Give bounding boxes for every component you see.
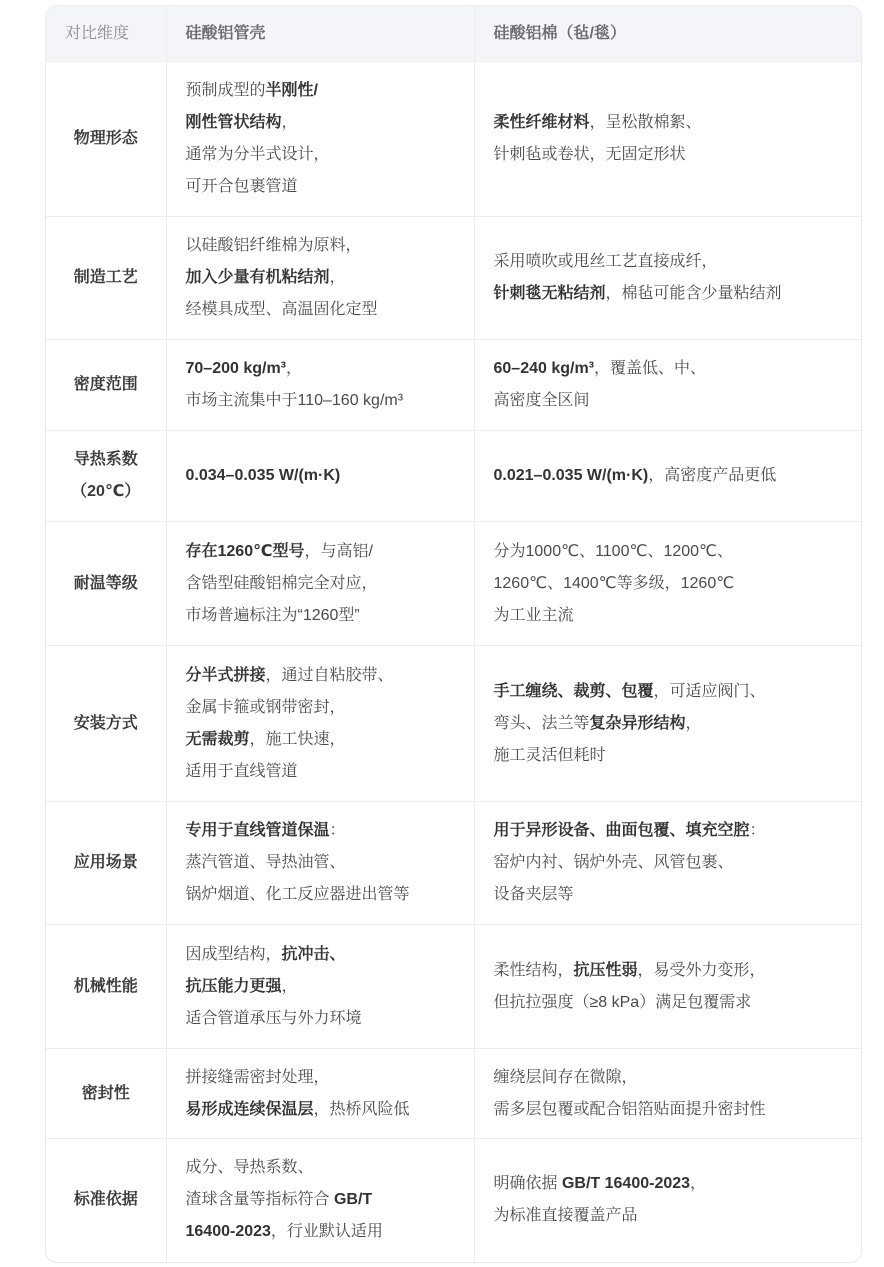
cell-line: 专用于直线管道保温： bbox=[186, 815, 455, 847]
cell-line: 通常为分半式设计， bbox=[186, 139, 455, 171]
bold-text: 针刺毯无粘结剂 bbox=[494, 285, 606, 302]
cell-line: 锅炉烟道、化工反应器进出管等 bbox=[186, 879, 455, 911]
text: ： bbox=[750, 822, 766, 839]
cell-line: 针刺毡或卷状，无固定形状 bbox=[494, 139, 843, 171]
text: ， bbox=[282, 978, 298, 995]
cell-wool: 采用喷吹或甩丝工艺直接成纤，针刺毯无粘结剂，棉毡可能含少量粘结剂 bbox=[474, 217, 861, 340]
bold-text: 60–240 kg/m³ bbox=[494, 360, 595, 377]
cell-wool: 用于异形设备、曲面包覆、填充空腔：窑炉内衬、锅炉外壳、风管包裹、设备夹层等 bbox=[474, 802, 861, 925]
comparison-table: 对比维度 硅酸铝管壳 硅酸铝棉（毡/毯） 物理形态预制成型的半刚性/刚性管状结构… bbox=[46, 6, 861, 1262]
bold-text: 存在1260℃型号 bbox=[186, 543, 305, 560]
cell-line: 可开合包裹管道 bbox=[186, 171, 455, 203]
text: ， bbox=[286, 360, 302, 377]
cell-line: 渣球含量等指标符合 GB/T bbox=[186, 1184, 455, 1216]
bold-text: 70–200 kg/m³ bbox=[186, 360, 287, 377]
cell-shell: 预制成型的半刚性/刚性管状结构，通常为分半式设计，可开合包裹管道 bbox=[166, 62, 474, 217]
bold-text: GB/T bbox=[334, 1191, 372, 1208]
text: 可开合包裹管道 bbox=[186, 178, 298, 195]
cell-line: 市场主流集中于110–160 kg/m³ bbox=[186, 385, 455, 417]
row-dimension-label: 密封性 bbox=[46, 1049, 166, 1139]
text: 含锆型硅酸铝棉完全对应， bbox=[186, 575, 378, 592]
text: 设备夹层等 bbox=[494, 886, 574, 903]
text: 针刺毡或卷状，无固定形状 bbox=[494, 146, 686, 163]
cell-shell: 成分、导热系数、渣球含量等指标符合 GB/T16400-2023，行业默认适用 bbox=[166, 1139, 474, 1262]
text: 经模具成型、高温固化定型 bbox=[186, 301, 378, 318]
cell-line: 窑炉内衬、锅炉外壳、风管包裹、 bbox=[494, 847, 843, 879]
text: ，与高铝/ bbox=[304, 543, 372, 560]
text: 预制成型的 bbox=[186, 82, 266, 99]
text: 适用于直线管道 bbox=[186, 763, 298, 780]
table-row: 导热系数（20℃）0.034–0.035 W/(m·K)0.021–0.035 … bbox=[46, 431, 861, 522]
row-dimension-label: 应用场景 bbox=[46, 802, 166, 925]
row-dimension-label: 耐温等级 bbox=[46, 522, 166, 646]
cell-line: 含锆型硅酸铝棉完全对应， bbox=[186, 568, 455, 600]
cell-line: 16400-2023，行业默认适用 bbox=[186, 1216, 455, 1248]
cell-line: 预制成型的半刚性/ bbox=[186, 75, 455, 107]
cell-line: 成分、导热系数、 bbox=[186, 1152, 455, 1184]
cell-line: 为工业主流 bbox=[494, 600, 843, 632]
cell-line: 手工缠绕、裁剪、包覆，可适应阀门、 bbox=[494, 676, 843, 708]
cell-line: 缠绕层间存在微隙， bbox=[494, 1062, 843, 1094]
row-dimension-label: 机械性能 bbox=[46, 925, 166, 1049]
text: 采用喷吹或甩丝工艺直接成纤， bbox=[494, 253, 718, 270]
text: ， bbox=[330, 269, 346, 286]
text: ： bbox=[330, 822, 346, 839]
cell-line: 蒸汽管道、导热油管、 bbox=[186, 847, 455, 879]
cell-line: 存在1260℃型号，与高铝/ bbox=[186, 536, 455, 568]
text: 弯头、法兰等 bbox=[494, 715, 590, 732]
cell-line: 0.034–0.035 W/(m·K) bbox=[186, 460, 455, 492]
cell-shell: 70–200 kg/m³，市场主流集中于110–160 kg/m³ bbox=[166, 340, 474, 431]
text: 蒸汽管道、导热油管、 bbox=[186, 854, 346, 871]
text: 为工业主流 bbox=[494, 607, 574, 624]
text: 缠绕层间存在微隙， bbox=[494, 1069, 638, 1086]
cell-line: 设备夹层等 bbox=[494, 879, 843, 911]
text: 成分、导热系数、 bbox=[186, 1159, 314, 1176]
cell-line: 60–240 kg/m³，覆盖低、中、 bbox=[494, 353, 843, 385]
cell-wool: 分为1000℃、1100℃、1200℃、1260℃、1400℃等多级，1260℃… bbox=[474, 522, 861, 646]
text: ，行业默认适用 bbox=[271, 1223, 383, 1240]
text: 因成型结构， bbox=[186, 946, 282, 963]
table-row: 密度范围70–200 kg/m³，市场主流集中于110–160 kg/m³60–… bbox=[46, 340, 861, 431]
text: ，棉毡可能含少量粘结剂 bbox=[606, 285, 782, 302]
table-row: 应用场景专用于直线管道保温：蒸汽管道、导热油管、锅炉烟道、化工反应器进出管等用于… bbox=[46, 802, 861, 925]
cell-line: 采用喷吹或甩丝工艺直接成纤， bbox=[494, 246, 843, 278]
cell-shell: 拼接缝需密封处理，易形成连续保温层，热桥风险低 bbox=[166, 1049, 474, 1139]
cell-line: 刚性管状结构， bbox=[186, 107, 455, 139]
bold-text: GB/T 16400-2023 bbox=[562, 1175, 690, 1192]
row-dimension-label: 标准依据 bbox=[46, 1139, 166, 1262]
text: 市场普遍标注为“1260型” bbox=[186, 607, 360, 624]
table-header-row: 对比维度 硅酸铝管壳 硅酸铝棉（毡/毯） bbox=[46, 6, 861, 62]
text: 分为1000℃、1100℃、1200℃、 bbox=[494, 543, 734, 560]
comparison-table-container: 对比维度 硅酸铝管壳 硅酸铝棉（毡/毯） 物理形态预制成型的半刚性/刚性管状结构… bbox=[45, 5, 862, 1263]
cell-line: 无需裁剪，施工快速， bbox=[186, 724, 455, 756]
text: ， bbox=[282, 114, 298, 131]
table-row: 机械性能因成型结构，抗冲击、抗压能力更强，适合管道承压与外力环境柔性结构，抗压性… bbox=[46, 925, 861, 1049]
text: 通常为分半式设计， bbox=[186, 146, 330, 163]
cell-line: 拼接缝需密封处理， bbox=[186, 1062, 455, 1094]
bold-text: 柔性纤维材料 bbox=[494, 114, 590, 131]
cell-line: 需多层包覆或配合铝箔贴面提升密封性 bbox=[494, 1094, 843, 1126]
cell-line: 以硅酸铝纤维棉为原料， bbox=[186, 230, 455, 262]
row-dimension-label: 导热系数（20℃） bbox=[46, 431, 166, 522]
text: ， bbox=[686, 715, 702, 732]
bold-text: 0.034–0.035 W/(m·K) bbox=[186, 467, 341, 484]
cell-shell: 0.034–0.035 W/(m·K) bbox=[166, 431, 474, 522]
text: 锅炉烟道、化工反应器进出管等 bbox=[186, 886, 410, 903]
cell-line: 为标准直接覆盖产品 bbox=[494, 1200, 843, 1232]
cell-wool: 60–240 kg/m³，覆盖低、中、高密度全区间 bbox=[474, 340, 861, 431]
text: 渣球含量等指标符合 bbox=[186, 1191, 334, 1208]
table-row: 安装方式分半式拼接，通过自粘胶带、金属卡箍或钢带密封，无需裁剪，施工快速，适用于… bbox=[46, 646, 861, 802]
text: 需多层包覆或配合铝箔贴面提升密封性 bbox=[494, 1101, 766, 1118]
bold-text: 手工缠绕、裁剪、包覆 bbox=[494, 683, 654, 700]
cell-shell: 存在1260℃型号，与高铝/含锆型硅酸铝棉完全对应，市场普遍标注为“1260型” bbox=[166, 522, 474, 646]
cell-line: 市场普遍标注为“1260型” bbox=[186, 600, 455, 632]
cell-line: 1260℃、1400℃等多级，1260℃ bbox=[494, 568, 843, 600]
bold-text: 加入少量有机粘结剂 bbox=[186, 269, 330, 286]
cell-line: 分为1000℃、1100℃、1200℃、 bbox=[494, 536, 843, 568]
text: 柔性结构， bbox=[494, 962, 574, 979]
bold-text: 抗冲击、 bbox=[282, 946, 346, 963]
cell-line: 针刺毯无粘结剂，棉毡可能含少量粘结剂 bbox=[494, 278, 843, 310]
text: 为标准直接覆盖产品 bbox=[494, 1207, 638, 1224]
cell-line: 0.021–0.035 W/(m·K)，高密度产品更低 bbox=[494, 460, 843, 492]
cell-line: 高密度全区间 bbox=[494, 385, 843, 417]
text: ，覆盖低、中、 bbox=[594, 360, 706, 377]
cell-line: 易形成连续保温层，热桥风险低 bbox=[186, 1094, 455, 1126]
text: 金属卡箍或钢带密封， bbox=[186, 699, 346, 716]
bold-text: 无需裁剪 bbox=[186, 731, 250, 748]
row-dimension-label: 制造工艺 bbox=[46, 217, 166, 340]
cell-wool: 柔性结构，抗压性弱，易受外力变形，但抗拉强度（≥8 kPa）满足包覆需求 bbox=[474, 925, 861, 1049]
table-row: 制造工艺以硅酸铝纤维棉为原料，加入少量有机粘结剂，经模具成型、高温固化定型采用喷… bbox=[46, 217, 861, 340]
table-row: 标准依据成分、导热系数、渣球含量等指标符合 GB/T16400-2023，行业默… bbox=[46, 1139, 861, 1262]
bold-text: 抗压能力更强 bbox=[186, 978, 282, 995]
header-dimension: 对比维度 bbox=[46, 6, 166, 62]
cell-line: 明确依据 GB/T 16400-2023， bbox=[494, 1168, 843, 1200]
text: ，通过自粘胶带、 bbox=[266, 667, 394, 684]
text: 明确依据 bbox=[494, 1175, 562, 1192]
cell-wool: 明确依据 GB/T 16400-2023，为标准直接覆盖产品 bbox=[474, 1139, 861, 1262]
text: ，施工快速， bbox=[250, 731, 346, 748]
cell-wool: 柔性纤维材料，呈松散棉絮、针刺毡或卷状，无固定形状 bbox=[474, 62, 861, 217]
text: 窑炉内衬、锅炉外壳、风管包裹、 bbox=[494, 854, 734, 871]
cell-line: 弯头、法兰等复杂异形结构， bbox=[494, 708, 843, 740]
table-row: 物理形态预制成型的半刚性/刚性管状结构，通常为分半式设计，可开合包裹管道柔性纤维… bbox=[46, 62, 861, 217]
cell-line: 柔性结构，抗压性弱，易受外力变形， bbox=[494, 955, 843, 987]
bold-text: 易形成连续保温层 bbox=[186, 1101, 314, 1118]
cell-line: 用于异形设备、曲面包覆、填充空腔： bbox=[494, 815, 843, 847]
text: ，高密度产品更低 bbox=[648, 467, 776, 484]
row-dimension-label: 物理形态 bbox=[46, 62, 166, 217]
cell-line: 适合管道承压与外力环境 bbox=[186, 1003, 455, 1035]
header-wool: 硅酸铝棉（毡/毯） bbox=[474, 6, 861, 62]
text: ，热桥风险低 bbox=[314, 1101, 410, 1118]
cell-line: 分半式拼接，通过自粘胶带、 bbox=[186, 660, 455, 692]
cell-shell: 以硅酸铝纤维棉为原料，加入少量有机粘结剂，经模具成型、高温固化定型 bbox=[166, 217, 474, 340]
bold-text: 半刚性/ bbox=[266, 82, 318, 99]
cell-line: 但抗拉强度（≥8 kPa）满足包覆需求 bbox=[494, 987, 843, 1019]
bold-text: 用于异形设备、曲面包覆、填充空腔 bbox=[494, 822, 750, 839]
cell-line: 抗压能力更强， bbox=[186, 971, 455, 1003]
text: ，呈松散棉絮、 bbox=[590, 114, 702, 131]
cell-line: 适用于直线管道 bbox=[186, 756, 455, 788]
cell-wool: 0.021–0.035 W/(m·K)，高密度产品更低 bbox=[474, 431, 861, 522]
bold-text: 刚性管状结构 bbox=[186, 114, 282, 131]
text: ， bbox=[690, 1175, 706, 1192]
bold-text: 分半式拼接 bbox=[186, 667, 266, 684]
cell-wool: 手工缠绕、裁剪、包覆，可适应阀门、弯头、法兰等复杂异形结构，施工灵活但耗时 bbox=[474, 646, 861, 802]
text: 施工灵活但耗时 bbox=[494, 747, 606, 764]
bold-text: 专用于直线管道保温 bbox=[186, 822, 330, 839]
text: ，易受外力变形， bbox=[638, 962, 766, 979]
text: 市场主流集中于110–160 kg/m³ bbox=[186, 392, 404, 409]
cell-line: 70–200 kg/m³， bbox=[186, 353, 455, 385]
text: 高密度全区间 bbox=[494, 392, 590, 409]
cell-line: 施工灵活但耗时 bbox=[494, 740, 843, 772]
cell-line: 加入少量有机粘结剂， bbox=[186, 262, 455, 294]
text: 适合管道承压与外力环境 bbox=[186, 1010, 362, 1027]
table-row: 密封性拼接缝需密封处理，易形成连续保温层，热桥风险低缠绕层间存在微隙，需多层包覆… bbox=[46, 1049, 861, 1139]
cell-shell: 专用于直线管道保温：蒸汽管道、导热油管、锅炉烟道、化工反应器进出管等 bbox=[166, 802, 474, 925]
text: 1260℃、1400℃等多级，1260℃ bbox=[494, 575, 735, 592]
row-dimension-label: 安装方式 bbox=[46, 646, 166, 802]
cell-line: 金属卡箍或钢带密封， bbox=[186, 692, 455, 724]
header-shell: 硅酸铝管壳 bbox=[166, 6, 474, 62]
text: ，可适应阀门、 bbox=[654, 683, 766, 700]
bold-text: 抗压性弱 bbox=[574, 962, 638, 979]
table-row: 耐温等级存在1260℃型号，与高铝/含锆型硅酸铝棉完全对应，市场普遍标注为“12… bbox=[46, 522, 861, 646]
row-dimension-label: 密度范围 bbox=[46, 340, 166, 431]
text: 拼接缝需密封处理， bbox=[186, 1069, 330, 1086]
bold-text: 0.021–0.035 W/(m·K) bbox=[494, 467, 649, 484]
cell-shell: 分半式拼接，通过自粘胶带、金属卡箍或钢带密封，无需裁剪，施工快速，适用于直线管道 bbox=[166, 646, 474, 802]
text: 以硅酸铝纤维棉为原料， bbox=[186, 237, 362, 254]
table-body: 物理形态预制成型的半刚性/刚性管状结构，通常为分半式设计，可开合包裹管道柔性纤维… bbox=[46, 62, 861, 1262]
cell-line: 柔性纤维材料，呈松散棉絮、 bbox=[494, 107, 843, 139]
bold-text: 16400-2023 bbox=[186, 1223, 271, 1240]
cell-shell: 因成型结构，抗冲击、抗压能力更强，适合管道承压与外力环境 bbox=[166, 925, 474, 1049]
cell-line: 经模具成型、高温固化定型 bbox=[186, 294, 455, 326]
cell-wool: 缠绕层间存在微隙，需多层包覆或配合铝箔贴面提升密封性 bbox=[474, 1049, 861, 1139]
bold-text: 复杂异形结构 bbox=[590, 715, 686, 732]
text: 但抗拉强度（≥8 kPa）满足包覆需求 bbox=[494, 994, 752, 1011]
cell-line: 因成型结构，抗冲击、 bbox=[186, 939, 455, 971]
